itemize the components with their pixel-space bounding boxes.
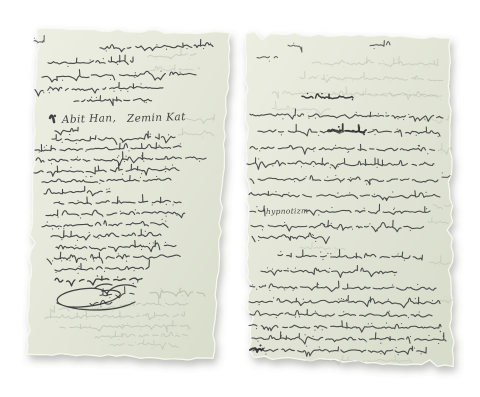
- right-page-shadow-wrap: [245, 32, 454, 367]
- right-page: hypnotizm: [245, 32, 454, 367]
- latin-address-word-1: Abit Han,: [61, 112, 117, 126]
- left-page: Abit Han, Zemin Kat: [27, 28, 230, 360]
- latin-address-word-2: Zemin Kat: [126, 111, 187, 125]
- right-page-paper: [245, 32, 454, 367]
- manuscript-photo: Abit Han, Zemin Kat hypnotizm: [0, 0, 480, 397]
- latin-word-hypnotism: hypnotizm: [266, 206, 309, 216]
- photo-canvas: Abit Han, Zemin Kat hypnotizm: [0, 0, 480, 397]
